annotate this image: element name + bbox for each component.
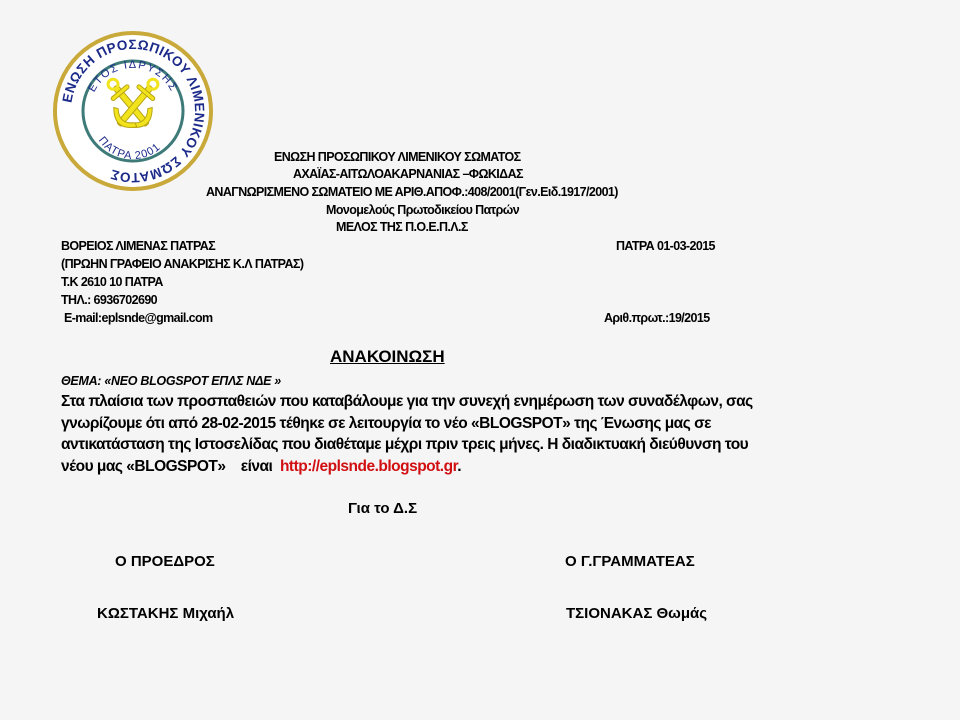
sender-email: E-mail:eplsnde@gmail.com <box>64 311 213 325</box>
body-line-prefix: νέου μας «BLOGSPOT» είναι <box>61 458 280 475</box>
header-registration: ΑΝΑΓΝΩΡΙΣΜΕΝΟ ΣΩΜΑΤΕΙΟ ΜΕ ΑΡΙΘ.ΑΠΟΦ.:408… <box>206 185 618 200</box>
sender-postal: Τ.Κ 2610 10 ΠΑΤΡΑ <box>61 275 163 289</box>
body-line: νέου μας «BLOGSPOT» είναι http://eplsnde… <box>61 456 921 478</box>
announcement-subject: ΘΕΜΑ: «ΝΕΟ BLOGSPOT ΕΠΛΣ ΝΔΕ » <box>61 374 281 388</box>
sender-address-line1: ΒΟΡΕΙΟΣ ΛΙΜΕΝΑΣ ΠΑΤΡΑΣ <box>61 239 215 253</box>
announcement-title: ΑΝΑΚΟΙΝΩΣΗ <box>330 347 445 367</box>
header-union-name: ΕΝΩΣΗ ΠΡΟΣΩΠΙΚΟΥ ΛΙΜΕΝΙΚΟΥ ΣΩΜΑΤΟΣ <box>274 150 521 165</box>
secretary-name: ΤΣΙΟΝΑΚΑΣ Θωμάς <box>566 605 707 622</box>
body-line: αντικατάσταση της Ιστοσελίδας που διαθέτ… <box>61 434 921 456</box>
union-seal-icon: ΕΝΩΣΗ ΠΡΟΣΩΠΙΚΟΥ ΛΙΜΕΝΙΚΟΥ ΣΩΜΑΤΟΣ ΕΤΟΣ … <box>52 30 214 192</box>
header-court: Μονομελούς Πρωτοδικείου Πατρών <box>326 203 519 218</box>
header-region: ΑΧΑΪΑΣ-ΑΙΤΩΛΟΑΚΑΡΝΑΝΙΑΣ –ΦΩΚΙΔΑΣ <box>293 167 523 182</box>
protocol-number: Αριθ.πρωτ.:19/2015 <box>604 311 710 325</box>
secretary-title: Ο Γ.ΓΡΑΜΜΑΤΕΑΣ <box>565 553 695 570</box>
blogspot-link[interactable]: http://eplsnde.blogspot.gr <box>280 458 457 475</box>
president-title: Ο ΠΡΟΕΔΡΟΣ <box>115 553 215 570</box>
president-name: ΚΩΣΤΑΚΗΣ Μιχαήλ <box>97 605 234 622</box>
body-line: Στα πλαίσια των προσπαθειών που καταβάλο… <box>61 391 921 413</box>
sender-phone: ΤΗΛ.: 6936702690 <box>61 293 157 307</box>
place-date: ΠΑΤΡΑ 01-03-2015 <box>616 239 715 253</box>
header-membership: ΜΕΛΟΣ ΤΗΣ Π.Ο.Ε.Π.Λ.Σ <box>336 220 468 235</box>
sender-address-line2: (ΠΡΩΗΝ ΓΡΑΦΕΙΟ ΑΝΑΚΡΙΣΗΣ Κ.Λ ΠΑΤΡΑΣ) <box>61 257 303 271</box>
body-line: γνωρίζουμε ότι από 28-02-2015 τέθηκε σε … <box>61 413 921 435</box>
announcement-body: Στα πλαίσια των προσπαθειών που καταβάλο… <box>61 391 921 477</box>
on-behalf-of-board: Για το Δ.Σ <box>348 500 417 517</box>
union-logo: ΕΝΩΣΗ ΠΡΟΣΩΠΙΚΟΥ ΛΙΜΕΝΙΚΟΥ ΣΩΜΑΤΟΣ ΕΤΟΣ … <box>52 30 214 192</box>
body-line-suffix: . <box>457 458 461 475</box>
